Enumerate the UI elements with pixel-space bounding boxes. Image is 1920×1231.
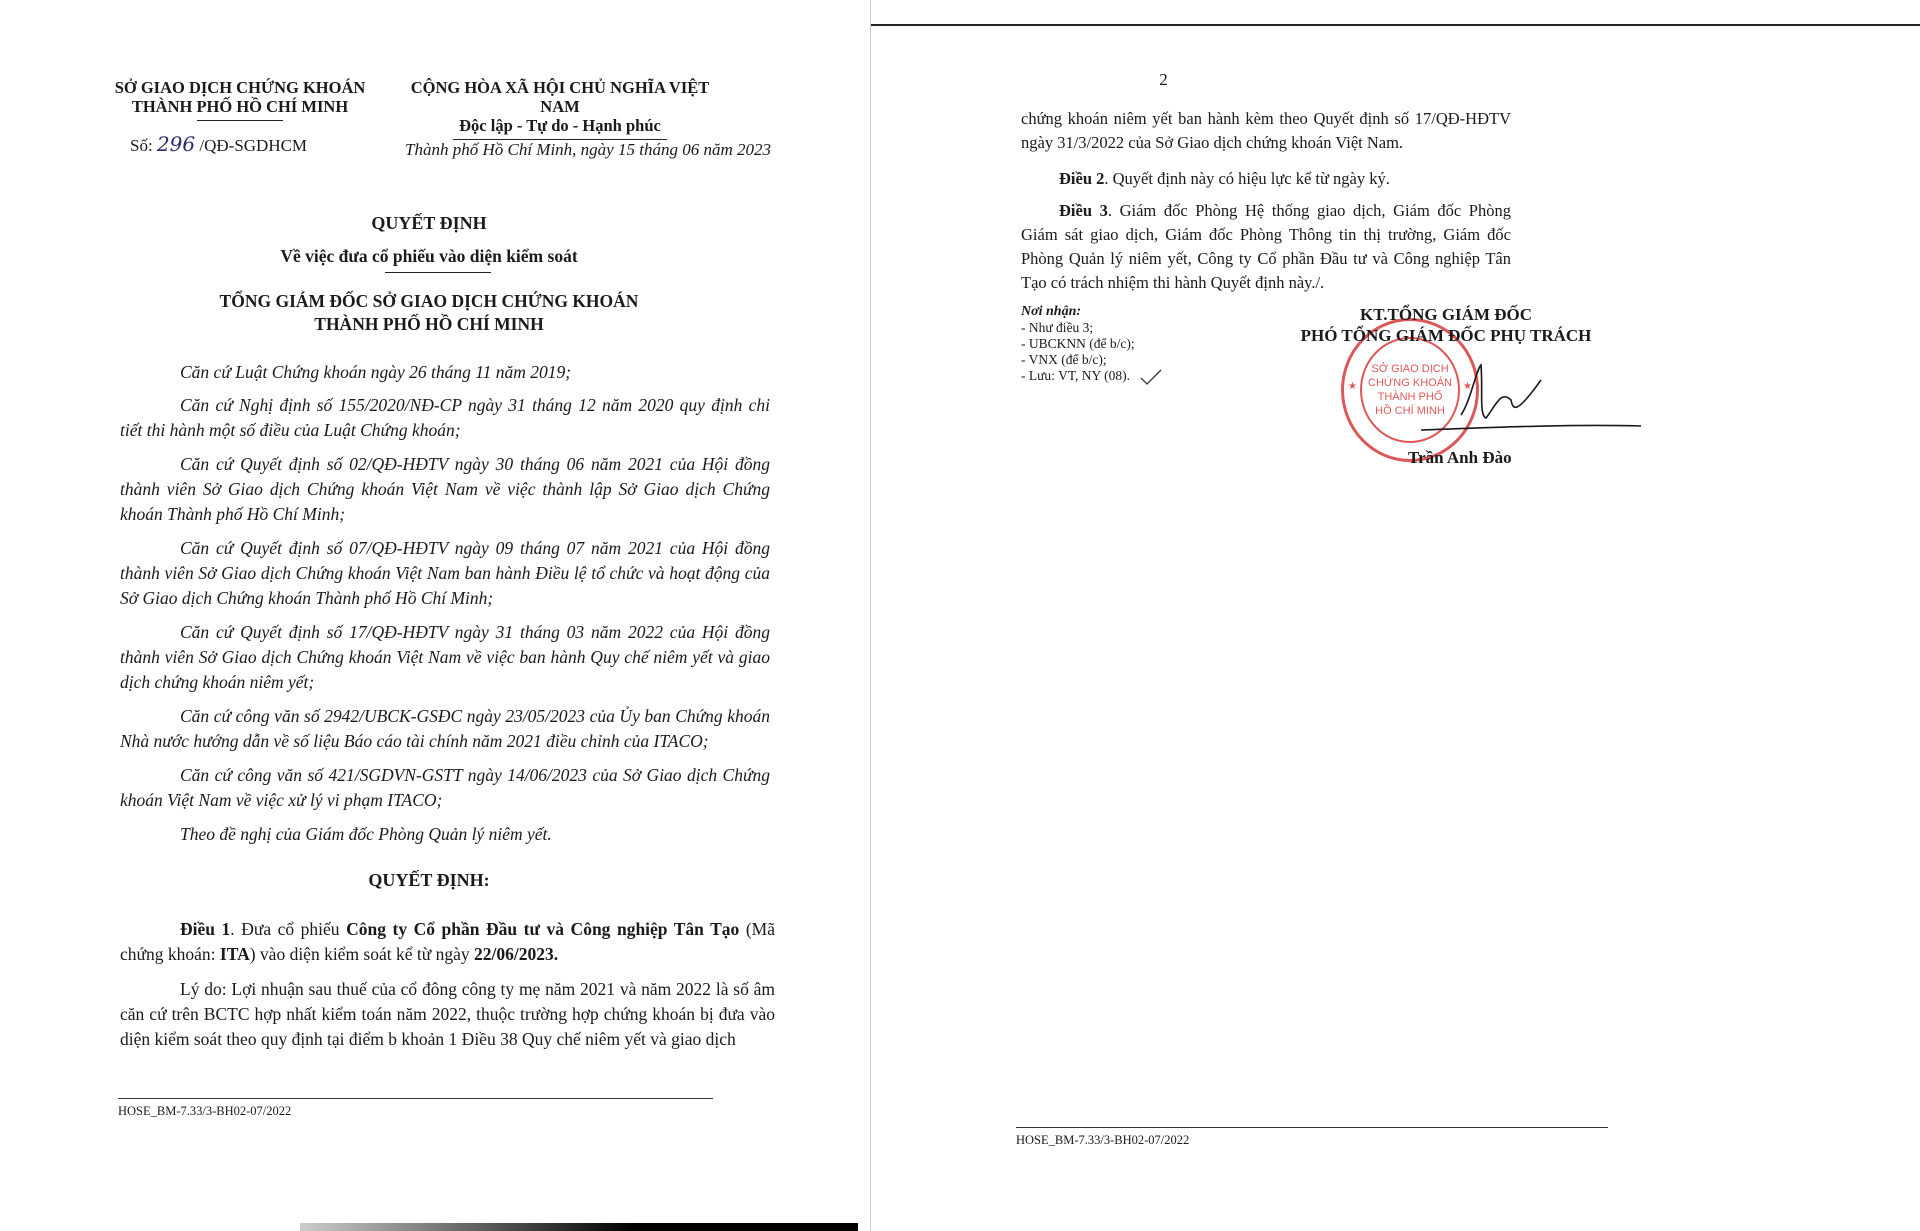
document-title: QUYẾT ĐỊNH: [0, 213, 858, 234]
authority-heading: TỔNG GIÁM ĐỐC SỞ GIAO DỊCH CHỨNG KHOÁN T…: [0, 290, 858, 336]
basis-7: Căn cứ công văn số 421/SGDVN-GSTT ngày 1…: [120, 763, 770, 813]
signatory-line-2: PHÓ TỔNG GIÁM ĐỐC PHỤ TRÁCH: [1251, 325, 1641, 346]
article-1-label: Điều 1: [180, 919, 230, 939]
article-2: Điều 2. Quyết định này có hiệu lực kể từ…: [1021, 167, 1511, 191]
footer-rule: [1016, 1127, 1608, 1128]
initial-check-mark-icon: [1139, 368, 1163, 386]
company-name: Công ty Cổ phần Đầu tư và Công nghiệp Tâ…: [346, 919, 739, 939]
article-3: Điều 3. Giám đốc Phòng Hệ thống giao dịc…: [1021, 199, 1511, 295]
document-number: Số: 296 /QĐ-SGDHCM: [130, 132, 307, 156]
article-2-label: Điều 2: [1059, 169, 1104, 188]
recipient-item: - Lưu: VT, NY (08).: [1021, 368, 1135, 384]
issuer-underline: [197, 120, 283, 121]
scan-edge: [300, 1223, 858, 1231]
issuer-line-2: THÀNH PHỐ HỒ CHÍ MINH: [90, 97, 390, 116]
article-3-label: Điều 3: [1059, 201, 1108, 220]
place-date: Thành phố Hồ Chí Minh, ngày 15 tháng 06 …: [405, 140, 771, 160]
document-page-1: SỞ GIAO DỊCH CHỨNG KHOÁN THÀNH PHỐ HỒ CH…: [0, 0, 858, 1231]
reason-paragraph: Lý do: Lợi nhuận sau thuế của cổ đông cô…: [120, 977, 775, 1052]
basis-6: Căn cứ công văn số 2942/UBCK-GSĐC ngày 2…: [120, 704, 770, 754]
recipient-item: - VNX (để b/c);: [1021, 352, 1135, 368]
national-line-1: CỘNG HÒA XÃ HỘI CHỦ NGHĨA VIỆT NAM: [390, 78, 730, 116]
recipient-item: - Như điều 3;: [1021, 320, 1135, 336]
national-header: CỘNG HÒA XÃ HỘI CHỦ NGHĨA VIỆT NAM Độc l…: [390, 78, 730, 140]
continuation-paragraph: chứng khoán niêm yết ban hành kèm theo Q…: [1021, 107, 1511, 155]
basis-4: Căn cứ Quyết định số 07/QĐ-HĐTV ngày 09 …: [120, 536, 770, 611]
signatory-line-1: KT.TỔNG GIÁM ĐỐC: [1251, 304, 1641, 325]
basis-5: Căn cứ Quyết định số 17/QĐ-HĐTV ngày 31 …: [120, 620, 770, 695]
footer-form-code: HOSE_BM-7.33/3-BH02-07/2022: [1016, 1133, 1189, 1148]
basis-1: Căn cứ Luật Chứng khoán ngày 26 tháng 11…: [120, 360, 770, 385]
basis-2: Căn cứ Nghị định số 155/2020/NĐ-CP ngày …: [120, 393, 770, 443]
subtitle-underline: [385, 272, 491, 273]
article-1: Điều 1. Đưa cổ phiếu Công ty Cổ phần Đầu…: [120, 917, 775, 967]
page-number: 2: [871, 70, 1456, 90]
signatory-title: KT.TỔNG GIÁM ĐỐC PHÓ TỔNG GIÁM ĐỐC PHỤ T…: [1251, 304, 1641, 346]
authority-line-2: THÀNH PHỐ HỒ CHÍ MINH: [0, 313, 858, 336]
signature-icon: [1401, 360, 1661, 440]
national-line-2: Độc lập - Tự do - Hạnh phúc: [390, 116, 730, 135]
document-subtitle: Về việc đưa cổ phiếu vào diện kiểm soát: [0, 246, 858, 267]
recipients-block: Nơi nhận: - Như điều 3; - UBCKNN (để b/c…: [1021, 304, 1135, 384]
signatory-name: Trần Anh Đào: [1408, 448, 1512, 468]
footer-form-code: HOSE_BM-7.33/3-BH02-07/2022: [118, 1104, 291, 1119]
document-page-2: 2 chứng khoán niêm yết ban hành kèm theo…: [870, 0, 1920, 1231]
footer-rule: [118, 1098, 713, 1099]
number-label: Số:: [130, 136, 153, 155]
number-suffix: /QĐ-SGDHCM: [199, 136, 307, 155]
issuer-line-1: SỞ GIAO DỊCH CHỨNG KHOÁN: [90, 78, 390, 97]
issuer-header: SỞ GIAO DỊCH CHỨNG KHOÁN THÀNH PHỐ HỒ CH…: [90, 78, 390, 121]
recipient-item: - UBCKNN (để b/c);: [1021, 336, 1135, 352]
basis-8: Theo đề nghị của Giám đốc Phòng Quản lý …: [120, 822, 770, 847]
stamp-star-icon: ★: [1348, 381, 1357, 392]
authority-line-1: TỔNG GIÁM ĐỐC SỞ GIAO DỊCH CHỨNG KHOÁN: [0, 290, 858, 313]
page-top-edge: [871, 24, 1920, 26]
ticker: ITA: [220, 944, 250, 964]
number-handwritten: 296: [157, 132, 195, 156]
recipients-heading: Nơi nhận:: [1021, 304, 1135, 320]
basis-3: Căn cứ Quyết định số 02/QĐ-HĐTV ngày 30 …: [120, 452, 770, 527]
decision-heading: QUYẾT ĐỊNH:: [0, 870, 858, 891]
effective-date: 22/06/2023.: [474, 944, 558, 964]
